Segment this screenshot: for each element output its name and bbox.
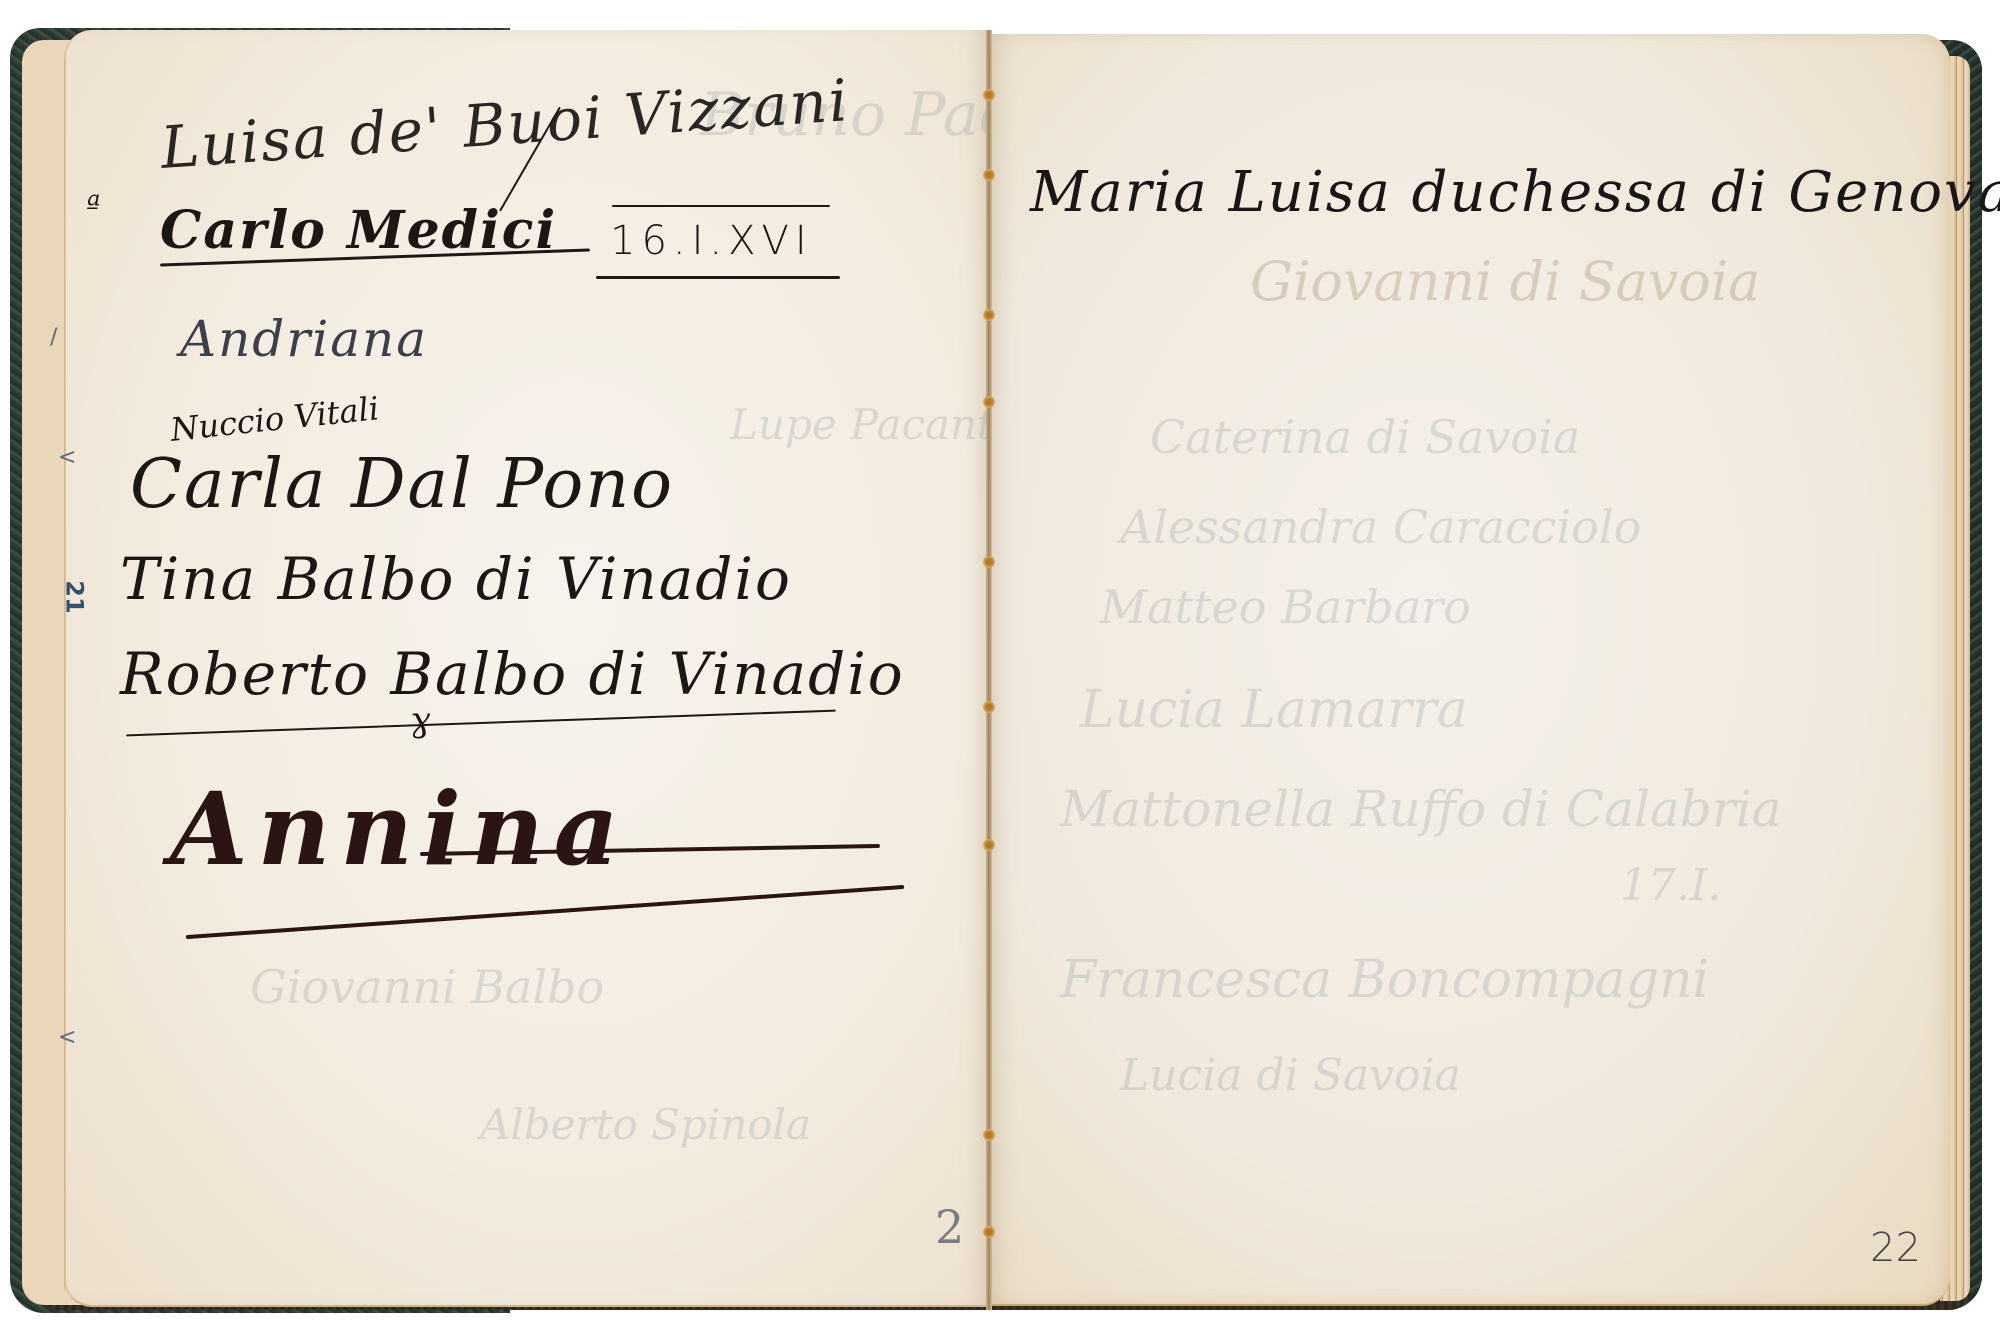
margin-mark: < — [58, 1025, 76, 1050]
signature-roberto-balbo-di-vinadio: Roberto Balbo di Vinadio — [120, 640, 905, 708]
margin-mark: < — [58, 445, 76, 470]
bleed-through-text: Mattonella Ruffo di Calabria — [1060, 780, 1782, 838]
binding-stitch — [983, 308, 995, 322]
signature-maria-luisa-duchessa-di-genova: Maria Luisa duchessa di Genova — [1030, 160, 2000, 225]
binding-stitch — [983, 1128, 995, 1142]
open-autograph-book: Bruno Pace Lupe Pacanto Giovanni Balbo A… — [0, 0, 2000, 1325]
bleed-through-text: Giovanni di Savoia — [1250, 250, 1760, 313]
signature-annina: Annina — [170, 770, 629, 888]
signature-tina-balbo-di-vinadio: Tina Balbo di Vinadio — [120, 545, 792, 613]
bleed-through-text: Lucia di Savoia — [1120, 1050, 1461, 1101]
bleed-through-text: Matteo Barbaro — [1100, 580, 1471, 634]
binding-stitch — [983, 395, 995, 409]
bleed-through-text: 17.I. — [1620, 860, 1721, 911]
gutter-mark: 2 — [935, 1200, 964, 1254]
bleed-through-text: Alberto Spinola — [480, 1100, 811, 1149]
bleed-through-text: Caterina di Savoia — [1150, 410, 1580, 464]
signature-carla-dal-pono: Carla Dal Pono — [130, 445, 674, 524]
binding-stitch — [983, 168, 995, 182]
book-gutter — [986, 30, 992, 1310]
bullet-mark: ª — [86, 190, 100, 225]
binding-stitch — [983, 88, 995, 102]
bleed-through-text: Giovanni Balbo — [250, 960, 604, 1014]
binding-stitch — [983, 1225, 995, 1239]
margin-mark: / — [50, 325, 57, 350]
bleed-through-text: Francesca Boncompagni — [1060, 950, 1709, 1010]
bleed-through-text: Lupe Pacanto — [730, 400, 1019, 449]
page-number: 22 — [1870, 1225, 1921, 1271]
margin-mark: 21 — [61, 580, 89, 613]
binding-stitch — [983, 838, 995, 852]
signature-andriana: Andriana — [180, 310, 428, 368]
binding-stitch — [983, 700, 995, 714]
small-mark: ɣ — [410, 700, 430, 740]
date-underline — [596, 276, 840, 279]
bleed-through-text: Lucia Lamarra — [1080, 680, 1468, 740]
binding-stitch — [983, 555, 995, 569]
date-entry: 16.I.XVI — [610, 218, 813, 264]
date-overline — [612, 205, 830, 207]
page-edge-line — [64, 60, 65, 1290]
bleed-through-text: Alessandra Caracciolo — [1120, 500, 1641, 554]
